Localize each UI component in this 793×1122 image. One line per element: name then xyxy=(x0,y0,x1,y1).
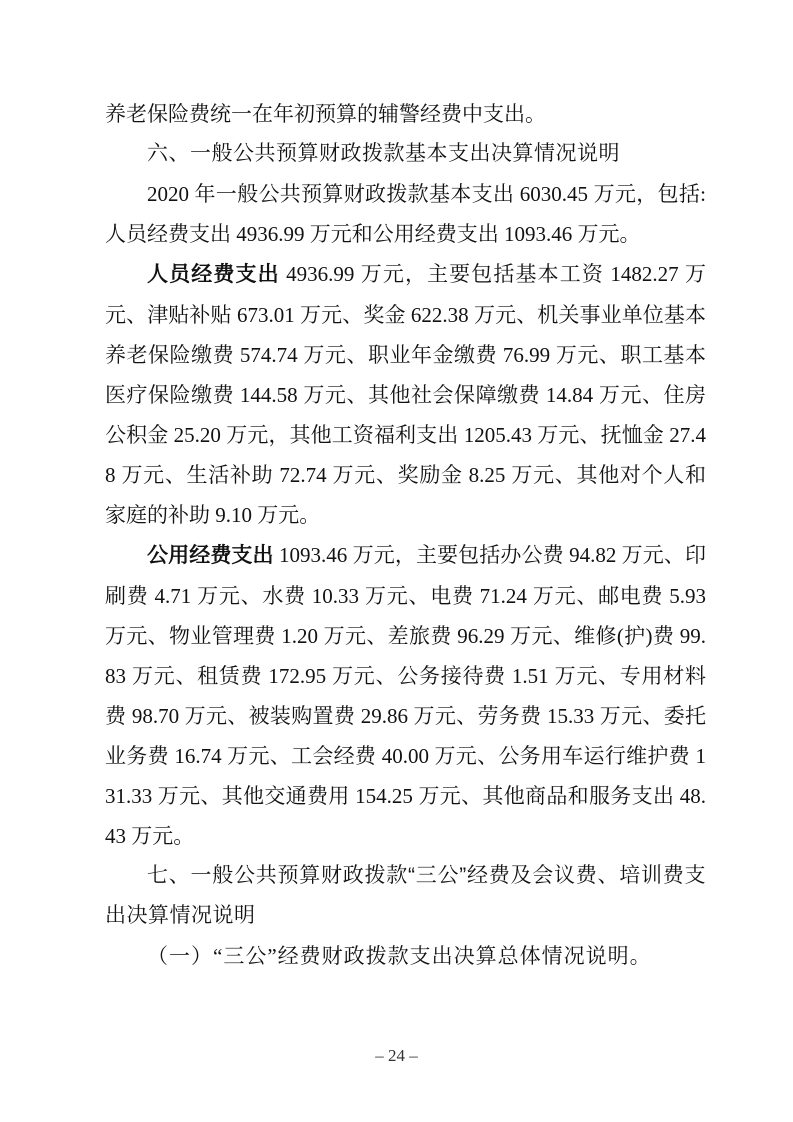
section-heading-seven: 七、一般公共预算财政拨款“三公”经费及会议费、培训费支出决算情况说明 xyxy=(105,856,706,936)
public-funds-expenditure-lead-label: 公用经费支出 xyxy=(147,544,274,567)
paragraph-continuation: 养老保险费统一在年初预算的辅警经费中支出。 xyxy=(105,94,706,134)
document-page: 养老保险费统一在年初预算的辅警经费中支出。 六、一般公共预算财政拨款基本支出决算… xyxy=(0,0,793,1122)
section-heading-six: 六、一般公共预算财政拨款基本支出决算情况说明 xyxy=(105,134,706,174)
personnel-expenditure-lead-label: 人员经费支出 xyxy=(147,263,280,286)
subsection-heading-three-public: （一）“三公”经费财政拨款支出决算总体情况说明。 xyxy=(105,936,706,976)
document-body: 养老保险费统一在年初预算的辅警经费中支出。 六、一般公共预算财政拨款基本支出决算… xyxy=(105,94,706,976)
personnel-expenditure-detail-text: 4936.99 万元，主要包括基本工资 1482.27 万元、津贴补贴 673.… xyxy=(105,262,706,527)
paragraph-public-funds-expenditure: 公用经费支出 1093.46 万元，主要包括办公费 94.82 万元、印刷费 4… xyxy=(105,535,706,856)
page-number: – 24 – xyxy=(0,1046,793,1066)
paragraph-personnel-expenditure: 人员经费支出 4936.99 万元，主要包括基本工资 1482.27 万元、津贴… xyxy=(105,254,706,535)
public-funds-expenditure-detail-text: 1093.46 万元，主要包括办公费 94.82 万元、印刷费 4.71 万元、… xyxy=(105,543,706,848)
paragraph-basic-expenditure-overview: 2020 年一般公共预算财政拨款基本支出 6030.45 万元，包括:人员经费支… xyxy=(105,174,706,254)
